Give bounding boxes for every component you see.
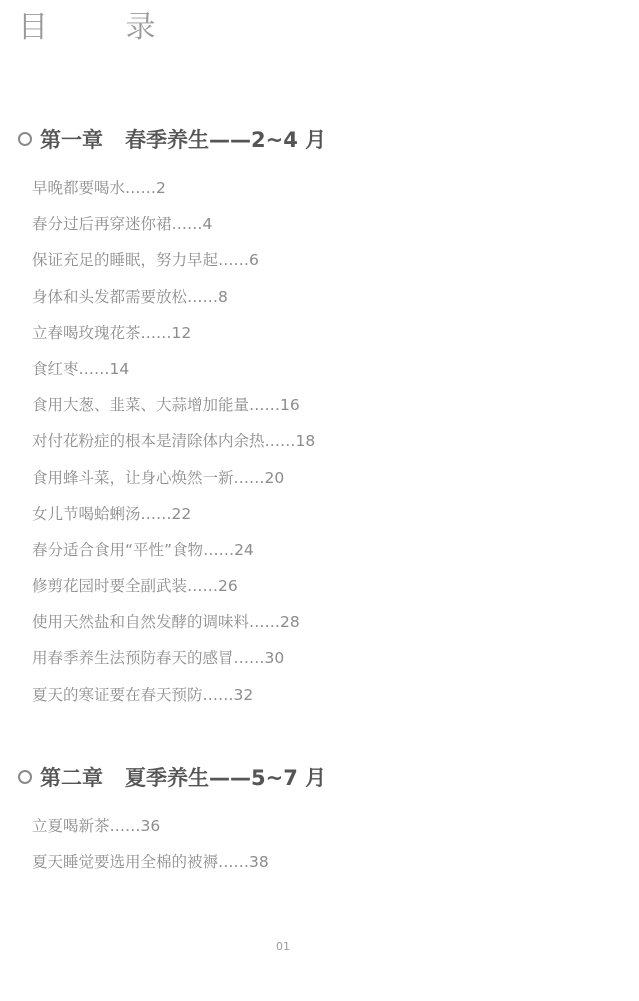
entry-title: 食用蜂斗菜，让身心焕然一新	[32, 469, 234, 487]
toc-entry[interactable]: 早晚都要喝水……2	[32, 170, 315, 206]
dot-leader: ……	[218, 853, 249, 871]
chapter-number: 第一章	[40, 124, 103, 154]
page-number: 01	[276, 940, 290, 953]
entry-page: 30	[265, 649, 285, 667]
dot-leader: ……	[141, 505, 172, 523]
toc-entry[interactable]: 食用大葱、韭菜、大蒜增加能量……16	[32, 387, 315, 423]
entry-page: 36	[141, 817, 161, 835]
toc-entry[interactable]: 立春喝玫瑰花茶……12	[32, 315, 315, 351]
circle-bullet-icon	[18, 770, 32, 784]
page-title: 目 录	[18, 2, 190, 46]
entry-title: 对付花粉症的根本是清除体内余热	[32, 432, 265, 450]
dot-leader: ……	[125, 179, 156, 197]
dot-leader: ……	[203, 686, 234, 704]
dot-leader: ……	[203, 541, 234, 559]
chapter-2-entries: 立夏喝新茶……36 夏天睡觉要选用全棉的被褥……38	[32, 808, 269, 880]
entry-page: 4	[203, 215, 213, 233]
entry-page: 32	[234, 686, 254, 704]
chapter-title: 春季养生——2~4 月	[125, 124, 326, 154]
toc-entry[interactable]: 夏天睡觉要选用全棉的被褥……38	[32, 844, 269, 880]
entry-page: 38	[249, 853, 269, 871]
chapter-title: 夏季养生——5~7 月	[125, 762, 326, 792]
entry-title: 早晚都要喝水	[32, 179, 125, 197]
chapter-heading-1[interactable]: 第一章 春季养生——2~4 月	[18, 124, 326, 154]
entry-page: 20	[265, 469, 285, 487]
entry-title: 用春季养生法预防春天的感冒	[32, 649, 234, 667]
dot-leader: ……	[187, 577, 218, 595]
circle-bullet-icon	[18, 132, 32, 146]
entry-title: 使用天然盐和自然发酵的调味料	[32, 613, 249, 631]
entry-title: 女儿节喝蛤蜊汤	[32, 505, 141, 523]
entry-title: 春分过后再穿迷你裙	[32, 215, 172, 233]
entry-title: 身体和头发都需要放松	[32, 288, 187, 306]
toc-entry[interactable]: 春分过后再穿迷你裙……4	[32, 206, 315, 242]
toc-entry[interactable]: 对付花粉症的根本是清除体内余热……18	[32, 423, 315, 459]
dot-leader: ……	[172, 215, 203, 233]
entry-page: 18	[296, 432, 316, 450]
toc-entry[interactable]: 春分适合食用“平性”食物……24	[32, 532, 315, 568]
dot-leader: ……	[234, 649, 265, 667]
entry-title: 食用大葱、韭菜、大蒜增加能量	[32, 396, 249, 414]
chapter-heading-2[interactable]: 第二章 夏季养生——5~7 月	[18, 762, 326, 792]
dot-leader: ……	[265, 432, 296, 450]
entry-page: 2	[156, 179, 166, 197]
entry-title: 立春喝玫瑰花茶	[32, 324, 141, 342]
dot-leader: ……	[79, 360, 110, 378]
dot-leader: ……	[141, 324, 172, 342]
entry-title: 夏天的寒证要在春天预防	[32, 686, 203, 704]
entry-title: 保证充足的睡眠，努力早起	[32, 251, 218, 269]
entry-page: 14	[110, 360, 130, 378]
entry-title: 春分适合食用“平性”食物	[32, 541, 203, 559]
dot-leader: ……	[110, 817, 141, 835]
toc-entry[interactable]: 保证充足的睡眠，努力早起……6	[32, 242, 315, 278]
entry-page: 28	[280, 613, 300, 631]
toc-entry[interactable]: 用春季养生法预防春天的感冒……30	[32, 640, 315, 676]
dot-leader: ……	[218, 251, 249, 269]
dot-leader: ……	[249, 396, 280, 414]
entry-title: 夏天睡觉要选用全棉的被褥	[32, 853, 218, 871]
toc-entry[interactable]: 身体和头发都需要放松……8	[32, 279, 315, 315]
toc-entry[interactable]: 使用天然盐和自然发酵的调味料……28	[32, 604, 315, 640]
entry-page: 12	[172, 324, 192, 342]
toc-entry[interactable]: 夏天的寒证要在春天预防……32	[32, 677, 315, 713]
entry-title: 食红枣	[32, 360, 79, 378]
entry-page: 6	[249, 251, 259, 269]
entry-page: 24	[234, 541, 254, 559]
toc-entry[interactable]: 食红枣……14	[32, 351, 315, 387]
chapter-1-entries: 早晚都要喝水……2 春分过后再穿迷你裙……4 保证充足的睡眠，努力早起……6 身…	[32, 170, 315, 713]
toc-entry[interactable]: 女儿节喝蛤蜊汤……22	[32, 496, 315, 532]
toc-entry[interactable]: 立夏喝新茶……36	[32, 808, 269, 844]
entry-page: 22	[172, 505, 192, 523]
entry-title: 立夏喝新茶	[32, 817, 110, 835]
entry-page: 16	[280, 396, 300, 414]
dot-leader: ……	[187, 288, 218, 306]
entry-page: 26	[218, 577, 238, 595]
dot-leader: ……	[249, 613, 280, 631]
toc-entry[interactable]: 食用蜂斗菜，让身心焕然一新……20	[32, 460, 315, 496]
entry-title: 修剪花园时要全副武装	[32, 577, 187, 595]
chapter-number: 第二章	[40, 762, 103, 792]
toc-entry[interactable]: 修剪花园时要全副武装……26	[32, 568, 315, 604]
entry-page: 8	[218, 288, 228, 306]
dot-leader: ……	[234, 469, 265, 487]
